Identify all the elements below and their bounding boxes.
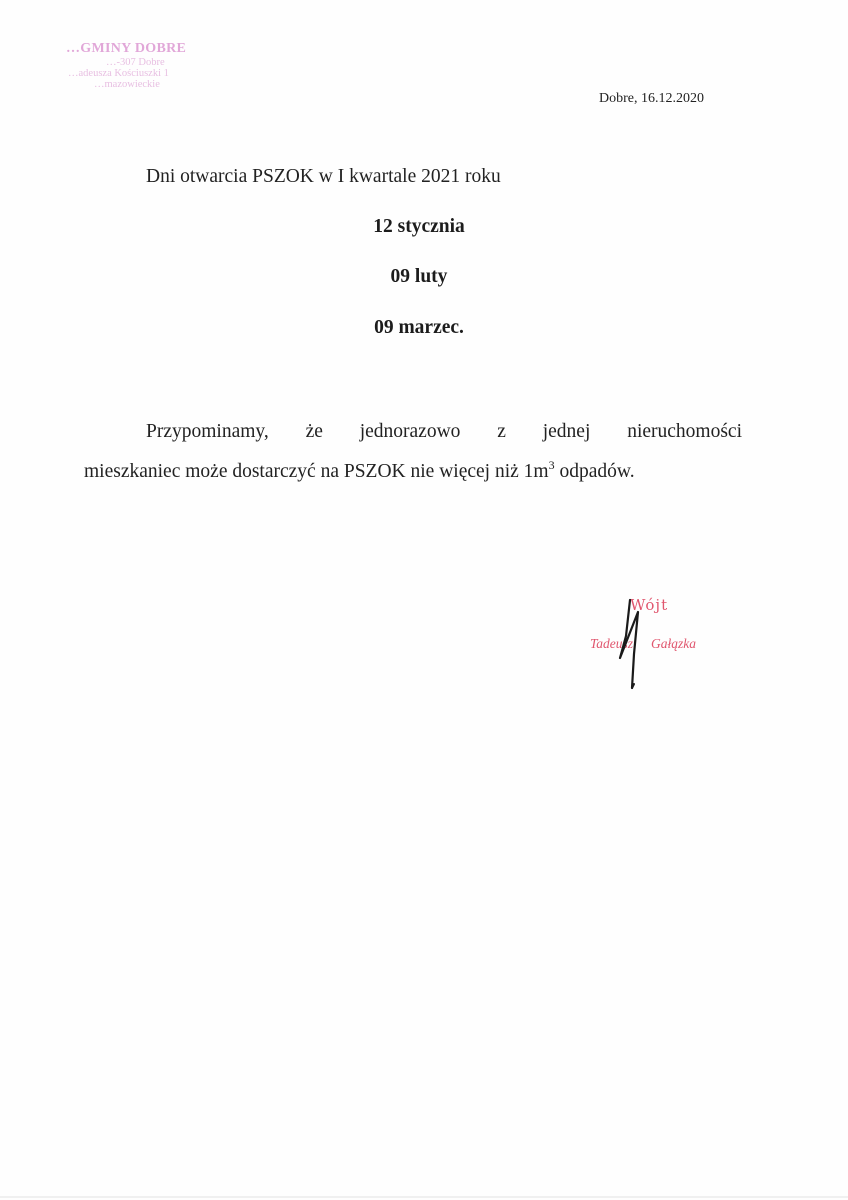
reminder-text: mieszkaniec może dostarczyć na PSZOK nie… bbox=[84, 461, 549, 482]
reminder-line-2: mieszkaniec może dostarczyć na PSZOK nie… bbox=[84, 461, 742, 483]
stamp-line: …adeusza Kościuszki 1 bbox=[52, 68, 232, 79]
office-stamp: …GMINY DOBRE …-307 Dobre …adeusza Kościu… bbox=[52, 42, 232, 90]
stamp-line: …-307 Dobre bbox=[52, 57, 232, 68]
stamp-line: …mazowieckie bbox=[52, 79, 232, 90]
page-bottom-edge bbox=[0, 1196, 848, 1198]
opening-date: 09 luty bbox=[0, 266, 838, 288]
document-page: …GMINY DOBRE …-307 Dobre …adeusza Kościu… bbox=[0, 0, 848, 1200]
opening-date: 12 stycznia bbox=[0, 216, 838, 238]
document-heading: Dni otwarcia PSZOK w I kwartale 2021 rok… bbox=[146, 166, 501, 188]
reminder-line-1: Przypominamy, że jednorazowo z jednej ni… bbox=[84, 421, 742, 443]
signature-block: Wójt TadeuszGałązka bbox=[586, 596, 726, 696]
handwritten-signature-icon bbox=[586, 596, 726, 696]
place-and-date: Dobre, 16.12.2020 bbox=[599, 91, 704, 107]
reminder-text-end: odpadów. bbox=[555, 461, 635, 482]
stamp-title: …GMINY DOBRE bbox=[52, 42, 232, 57]
opening-date: 09 marzec. bbox=[0, 317, 838, 339]
